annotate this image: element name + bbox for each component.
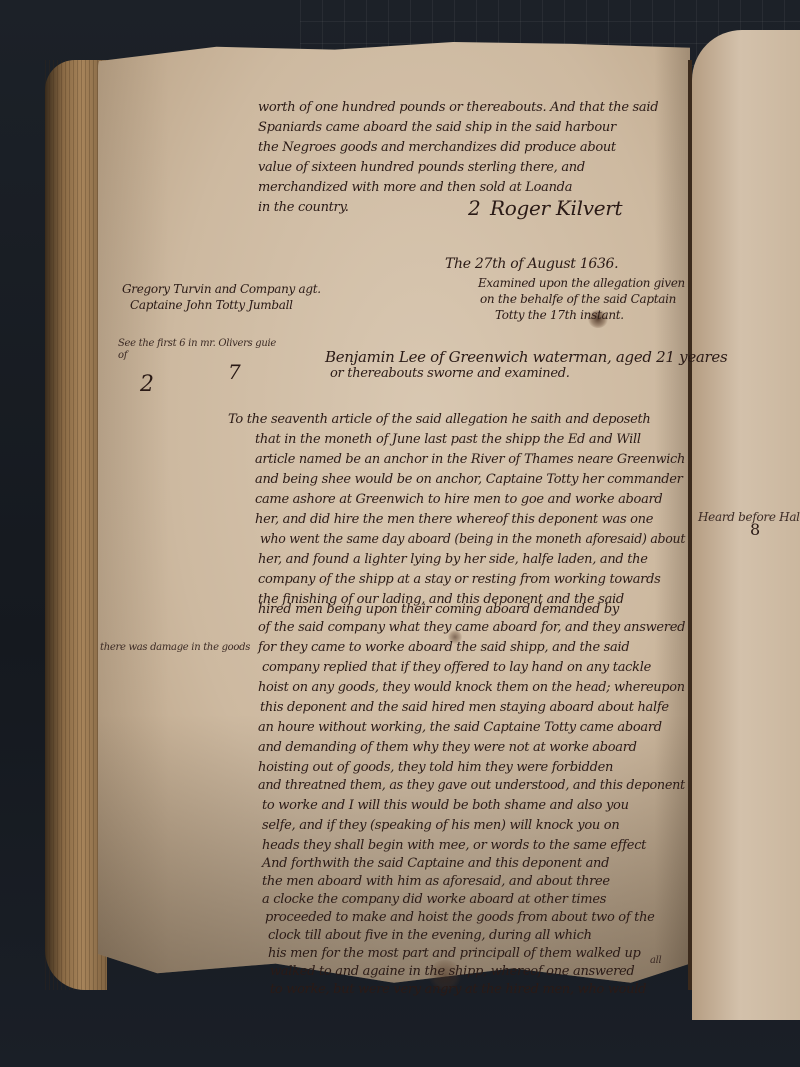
- text-line: hired men being upon their coming aboard…: [258, 602, 619, 617]
- text-line: merchandized with more and then sold at …: [258, 180, 572, 195]
- text-line: and demanding of them why they were not …: [258, 740, 637, 755]
- text-line: company replied that if they offered to …: [262, 660, 651, 675]
- margin-numeral: 2: [140, 372, 154, 397]
- text-line: that in the moneth of June last past the…: [255, 432, 641, 447]
- text-line: his men for the most part and principall…: [268, 946, 641, 961]
- text-line: to worke and I will this would be both s…: [262, 798, 629, 813]
- text-line: worth of one hundred pounds or thereabou…: [258, 100, 658, 115]
- catchword: all: [650, 955, 661, 966]
- text-line: an houre without working, the said Capta…: [258, 720, 662, 735]
- text-line: To the seaventh article of the said alle…: [228, 412, 651, 427]
- text-line: for they came to worke aboard the said s…: [258, 640, 629, 655]
- text-line: Spaniards came aboard the said ship in t…: [258, 120, 616, 135]
- right-page: Heard before Hall.. 8: [692, 30, 800, 1020]
- text-line: who went the same day aboard (being in t…: [260, 532, 685, 547]
- right-page-numeral: 8: [750, 520, 760, 539]
- text-line: the men aboard with him as aforesaid, an…: [262, 874, 610, 889]
- text-line: her, and did hire the men there whereof …: [255, 512, 653, 527]
- text-line: and threatned them, as they gave out und…: [258, 778, 685, 793]
- margin-numeral: 7: [228, 360, 240, 384]
- right-page-note: Heard before Hall..: [698, 510, 800, 524]
- signature: Roger Kilvert: [490, 196, 622, 220]
- text-line: article named be an anchor in the River …: [255, 452, 685, 467]
- text-line: heads they shall begin with mee, or word…: [262, 838, 646, 853]
- text-line: came ashore at Greenwich to hire men to …: [255, 492, 662, 507]
- examined-line: on the behalfe of the said Captain: [480, 292, 676, 306]
- deponent-sworn-line: or thereabouts sworne and examined.: [330, 366, 570, 381]
- book-page-edges: [45, 60, 107, 990]
- text-line: value of sixteen hundred pounds sterling…: [258, 160, 585, 175]
- text-line: of the said company what they came aboar…: [258, 620, 685, 635]
- examined-line: Examined upon the allegation given: [478, 276, 685, 290]
- text-line: selfe, and if they (speaking of his men)…: [262, 818, 619, 833]
- text-line: in the country.: [258, 200, 349, 215]
- reference-note: See the first 6 in mr. Olivers guie: [118, 338, 276, 349]
- text-line: to worke, but were very angry at the hir…: [270, 982, 646, 997]
- text-line: And forthwith the said Captaine and this…: [262, 856, 609, 871]
- damage-note: there was damage in the goods: [100, 642, 250, 653]
- deponent-name-line: Benjamin Lee of Greenwich waterman, aged…: [325, 348, 727, 366]
- text-line: a clocke the company did worke aboard at…: [262, 892, 606, 907]
- date-line: The 27th of August 1636.: [445, 256, 618, 272]
- text-line: company of the shipp at a stay or restin…: [258, 572, 660, 587]
- examined-line: Totty the 17th instant.: [495, 308, 624, 322]
- text-line: proceeded to make and hoist the goods fr…: [265, 910, 655, 925]
- text-line: hoist on any goods, they would knock the…: [258, 680, 685, 695]
- text-line: and being shee would be on anchor, Capta…: [255, 472, 683, 487]
- text-line: the Negroes goods and merchandizes did p…: [258, 140, 616, 155]
- signature-mark: 2: [468, 196, 480, 220]
- text-line: hoisting out of goods, they told him the…: [258, 760, 613, 775]
- book-gutter: [688, 60, 692, 990]
- text-line: this deponent and the said hired men sta…: [260, 700, 669, 715]
- parties-line: Captaine John Totty Jumball: [130, 298, 293, 312]
- text-line: her, and found a lighter lying by her si…: [258, 552, 648, 567]
- text-line: clock till about five in the evening, du…: [268, 928, 592, 943]
- text-line: walked to and againe in the shipp, where…: [270, 964, 634, 979]
- reference-note: of: [118, 350, 127, 361]
- parties-line: Gregory Turvin and Company agt.: [122, 282, 321, 296]
